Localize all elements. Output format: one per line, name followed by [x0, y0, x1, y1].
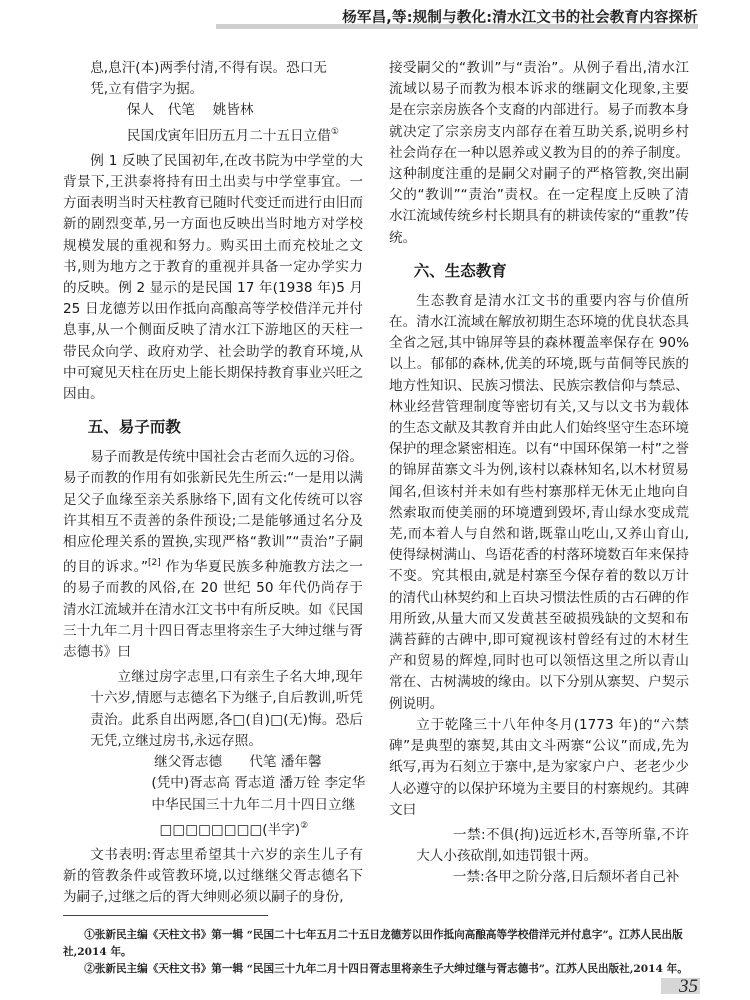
body-paragraph: 接受嗣父的“教训”与“责治”。从例子看出,清水江流域以易子而教为根本诉求的继嗣文…: [389, 58, 689, 249]
body-paragraph: 易子而教是传统中国社会古老而久远的习俗。易子而教的作用有如张新民先生所云:“一是…: [63, 447, 363, 663]
body-paragraph: 例 1 反映了民国初年,在改书院为中学堂的大背景下,王洪泰将持有田土出卖与中学堂…: [63, 151, 363, 405]
quoted-prohibition: 一禁:各甲之阶分落,日后颓坏者自己补: [389, 867, 689, 888]
quote-date-text: 民国戊寅年旧历五月二十五日立借: [127, 128, 331, 144]
footnote-marker: ①: [331, 127, 339, 137]
quote-date: 民国戊寅年旧历五月二十五日立借①: [63, 122, 363, 147]
quote-line: 凭,立有借字为据。: [63, 79, 363, 100]
quote-signature: 保人 代笔 姚皆林: [63, 100, 363, 121]
header-rule: [216, 24, 698, 29]
quoted-prohibition: 一禁:不俱(拘)远近杉木,吾等所靠,不许大人小孩砍削,如违罚银十两。: [389, 825, 689, 867]
quoted-document: 立继过房字志里,口有亲生子名大坤,现年十六岁,情愿与志德名下为继子,自后教训,听…: [63, 667, 363, 752]
citation-marker: [2]: [148, 558, 161, 568]
body-paragraph: 生态教育是清水江文书的重要内容与价值所在。清水江流域在解放初期生态环境的优良状态…: [389, 291, 689, 715]
half-seal-text: □□□□□□□□(半字): [160, 822, 301, 838]
quote-line: 息,息汗(本)两季付清,不得有误。恐口无: [63, 58, 363, 79]
quote-witnesses: (凭中)胥志高 胥志道 潘万铨 李定华: [63, 773, 363, 794]
footnote-divider: [63, 915, 268, 916]
footnotes: ①张新民主编《天柱文书》第一辑 “民国二十七年五月二十五日龙德芳以田作抵向高酿高…: [63, 927, 703, 978]
body-paragraph: 立于乾隆三十八年仲冬月(1773 年)的“六禁碑”是典型的寨契,其由文斗两寨“公…: [389, 715, 689, 821]
body-paragraph: 文书表明:胥志里希望其十六岁的亲生儿子有新的管教条件或管教环境,以过继继父胥志德…: [63, 845, 363, 909]
right-column: 接受嗣父的“教训”与“责治”。从例子看出,清水江流域以易子而教为根本诉求的继嗣文…: [389, 58, 689, 889]
footnote-item: ①张新民主编《天柱文书》第一辑 “民国二十七年五月二十五日龙德芳以田作抵向高酿高…: [63, 927, 703, 961]
section-heading: 六、生态教育: [389, 259, 689, 283]
footnote-item: ②张新民主编《天柱文书》第一辑 “民国三十九年二月十四日胥志里将亲生子大绅过继与…: [63, 961, 703, 978]
body-text: 易子而教是传统中国社会古老而久远的习俗。易子而教的作用有如张新民先生所云:“一是…: [63, 449, 363, 575]
quote-signature: 继父胥志德 代笔 潘年馨: [63, 752, 363, 773]
section-heading: 五、易子而教: [63, 415, 363, 439]
left-column: 息,息汗(本)两季付清,不得有误。恐口无 凭,立有借字为据。 保人 代笔 姚皆林…: [63, 58, 363, 909]
quote-date: 中华民国三十九年二月十四日立继: [63, 795, 363, 816]
page-number: 35: [661, 978, 700, 994]
quote-half-seal: □□□□□□□□(半字)②: [63, 816, 363, 841]
footnote-marker: ②: [300, 821, 308, 831]
